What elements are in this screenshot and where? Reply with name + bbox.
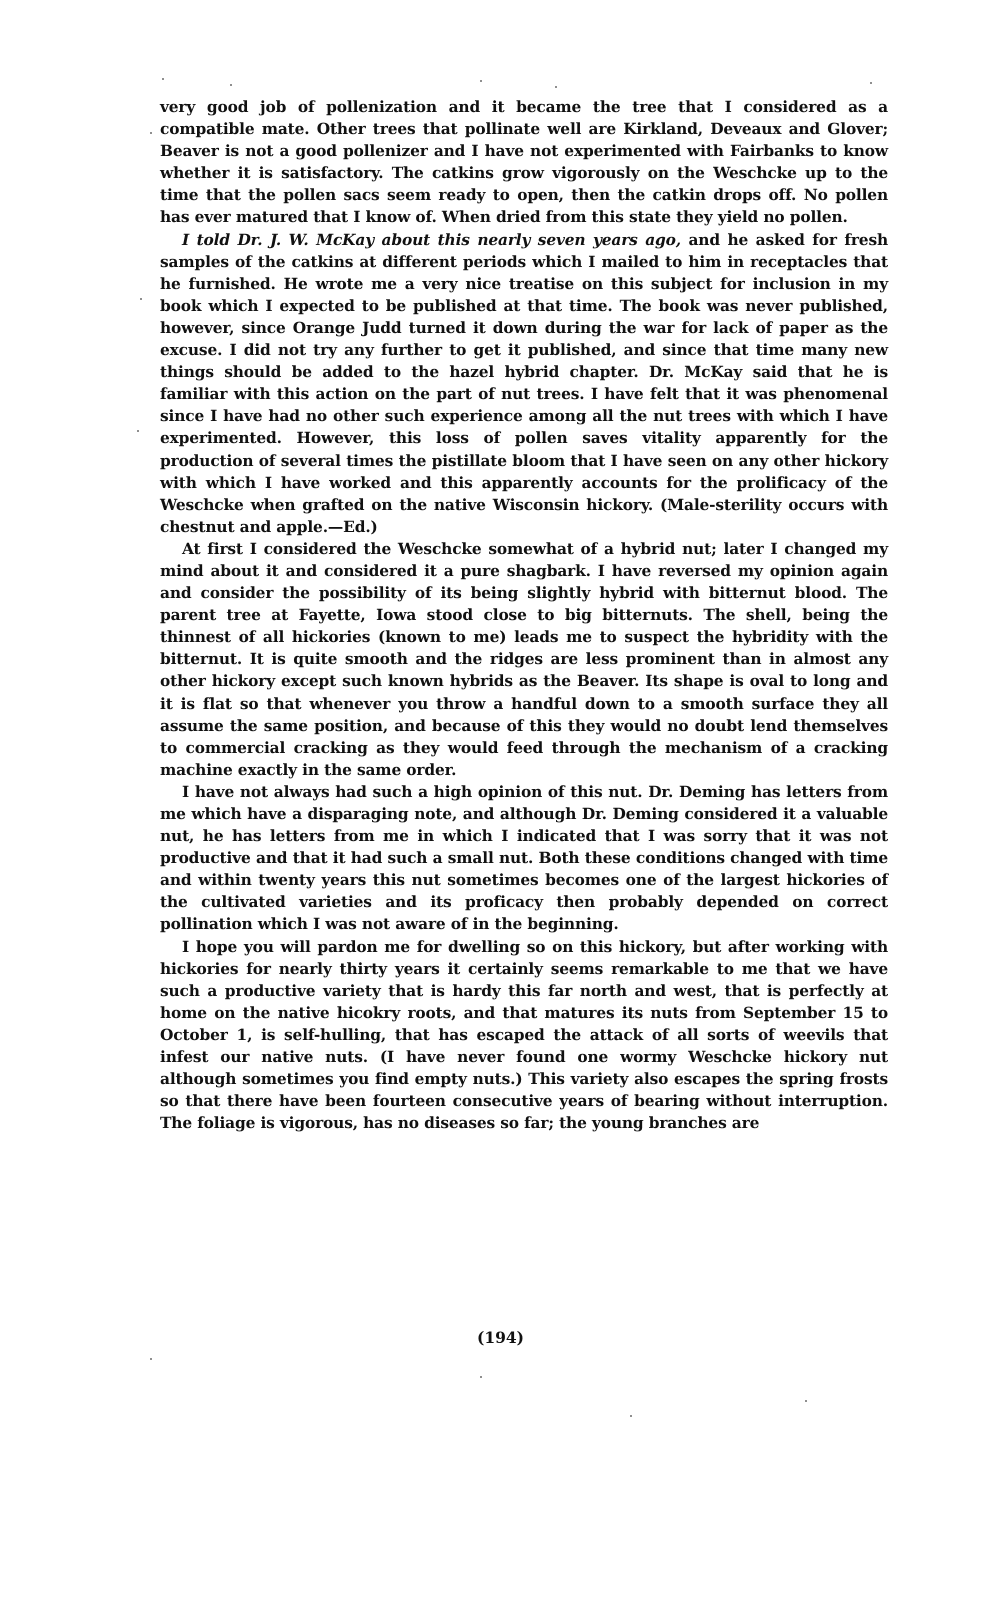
page-number: (194) [0, 1328, 1001, 1347]
paragraph-mckay: I told Dr. J. W. McKay about this nearly… [160, 229, 888, 538]
scan-speck [137, 430, 139, 432]
scan-speck [150, 1358, 152, 1360]
scan-speck [555, 86, 557, 88]
document-page: very good job of pollenization and it be… [160, 96, 888, 1134]
paragraph-hybrid-opinion: At first I considered the Weschcke somew… [160, 538, 888, 781]
scan-speck [140, 298, 142, 300]
scan-speck [630, 1415, 632, 1417]
scan-speck [480, 80, 482, 82]
paragraph-mckay-italic-lead: I told Dr. J. W. McKay about this nearly… [182, 231, 681, 249]
scan-speck [230, 84, 232, 86]
paragraph-deming: I have not always had such a high opinio… [160, 781, 888, 936]
scan-speck [162, 78, 164, 80]
paragraph-pollenization: very good job of pollenization and it be… [160, 96, 888, 229]
scan-speck [870, 82, 872, 84]
paragraph-mckay-body: and he asked for fresh samples of the ca… [160, 231, 888, 536]
scan-speck [150, 132, 152, 134]
scan-speck [805, 1400, 807, 1402]
paragraph-pardon: I hope you will pardon me for dwelling s… [160, 936, 888, 1135]
scan-speck [480, 1376, 482, 1378]
